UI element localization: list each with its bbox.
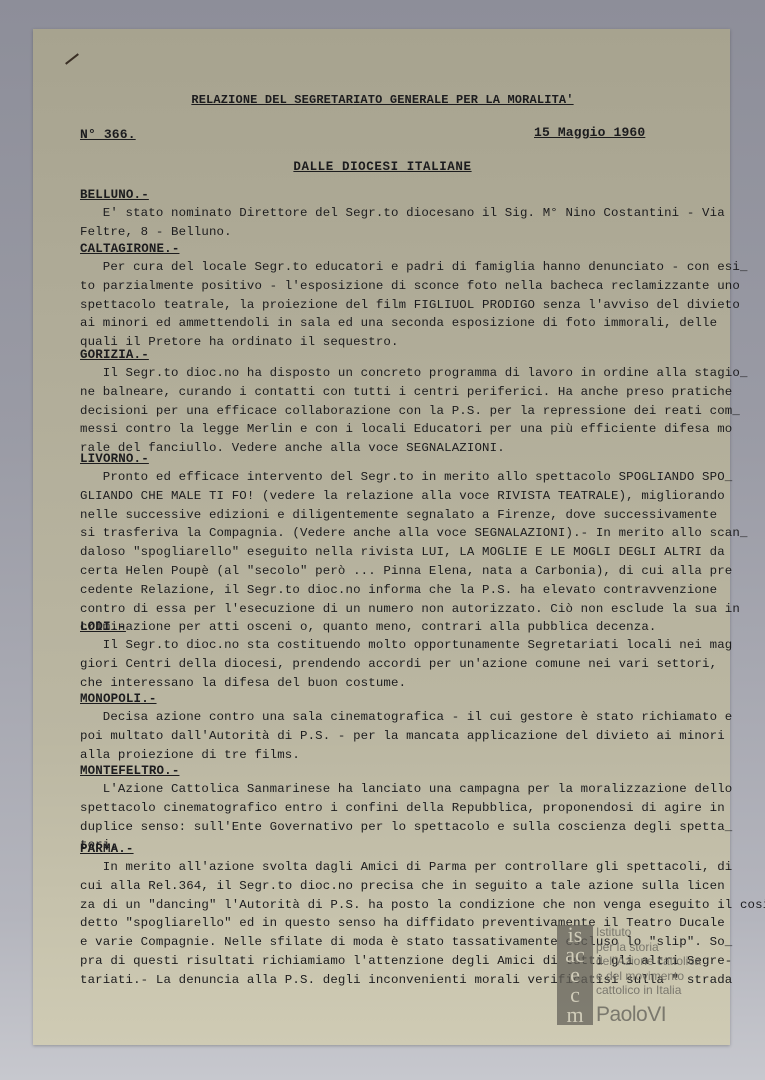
- watermark-text: Istituto per la storia dell'Azione catto…: [596, 925, 701, 998]
- section-body: Decisa azione contro una sala cinematogr…: [80, 708, 710, 764]
- section-body: Pronto ed efficace intervento del Segr.t…: [80, 468, 710, 637]
- document-title: RELAZIONE DEL SEGRETARIATO GENERALE PER …: [0, 93, 765, 107]
- section-caltagirone: CALTAGIRONE.- Per cura del locale Segr.t…: [80, 240, 710, 352]
- section-heading: GORIZIA.-: [80, 346, 710, 364]
- section-body: Per cura del locale Segr.to educatori e …: [80, 258, 710, 352]
- section-heading: MONOPOLI.-: [80, 690, 710, 708]
- section-monopoli: MONOPOLI.- Decisa azione contro una sala…: [80, 690, 710, 764]
- section-gorizia: GORIZIA.- Il Segr.to dioc.no ha disposto…: [80, 346, 710, 458]
- section-heading: MONTEFELTRO.-: [80, 762, 710, 780]
- watermark-brand: PaoloVI: [596, 1003, 666, 1027]
- section-body: Il Segr.to dioc.no sta costituendo molto…: [80, 636, 710, 692]
- section-belluno: BELLUNO.- E' stato nominato Direttore de…: [80, 186, 710, 242]
- section-heading: PARMA.-: [80, 840, 710, 858]
- section-livorno: LIVORNO.- Pronto ed efficace intervento …: [80, 450, 710, 637]
- section-heading: BELLUNO.-: [80, 186, 710, 204]
- section-heading: LIVORNO.-: [80, 450, 710, 468]
- section-lodi: LODI.- Il Segr.to dioc.no sta costituend…: [80, 618, 710, 692]
- section-body: E' stato nominato Direttore del Segr.to …: [80, 204, 710, 242]
- section-body: Il Segr.to dioc.no ha disposto un concre…: [80, 364, 710, 458]
- archive-watermark: is ac e c m Istituto per la storia dell'…: [557, 925, 717, 1030]
- watermark-logo: is ac e c m: [557, 925, 593, 1025]
- document-number: N° 366.: [80, 127, 136, 142]
- section-heading: LODI.-: [80, 618, 710, 636]
- document-subtitle: DALLE DIOCESI ITALIANE: [0, 160, 765, 174]
- section-heading: CALTAGIRONE.-: [80, 240, 710, 258]
- document-date: 15 Maggio 1960: [534, 125, 645, 140]
